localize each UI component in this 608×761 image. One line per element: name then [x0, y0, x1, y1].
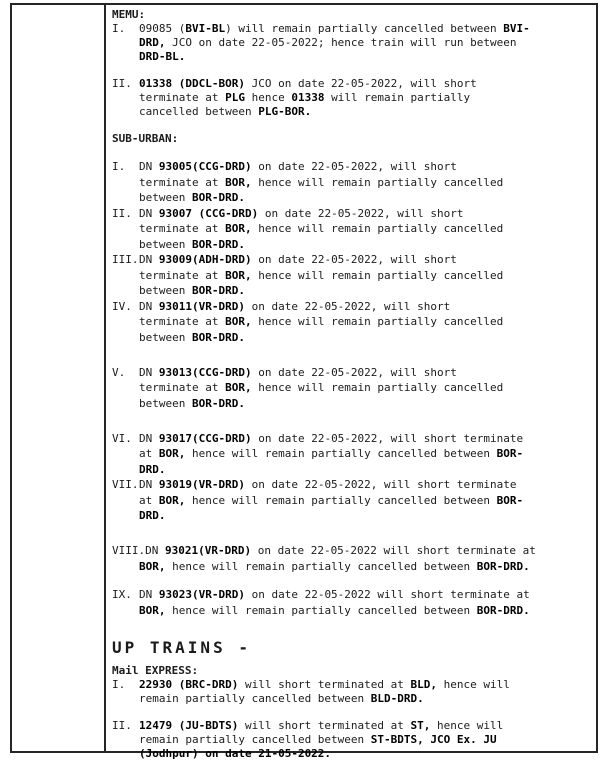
text-segment: hence will remain partially cancelled be…	[185, 447, 496, 460]
text-segment: DN	[139, 478, 159, 491]
item-line: terminate at BOR, hence will remain part…	[139, 221, 592, 237]
text-segment: between	[139, 238, 192, 251]
item-line: IX.DN 93023(VR-DRD) on date 22-05-2022 w…	[139, 587, 592, 603]
item-line: II.01338 (DDCL-BOR) JCO on date 22-05-20…	[139, 77, 592, 91]
text-segment: 93019(VR-DRD)	[159, 478, 245, 491]
text-segment: DN	[139, 300, 159, 313]
text-segment: 93013(CCG-DRD)	[159, 366, 252, 379]
text-segment: DN	[139, 160, 159, 173]
text-segment: 12479 (JU-BDTS)	[139, 719, 238, 732]
text-segment: BOR-DRD.	[192, 238, 245, 251]
section-memu: MEMU:I.09085 (BVI-BL) will remain partia…	[112, 8, 592, 119]
item-line: II.DN 93007 (CCG-DRD) on date 22-05-2022…	[139, 206, 592, 222]
text-segment: hence will remain partially cancelled	[252, 315, 504, 328]
text-segment: DN	[139, 207, 159, 220]
list-item: IV.DN 93011(VR-DRD) on date 22-05-2022, …	[112, 299, 592, 346]
text-segment: on date 22-05-2022 will short terminate …	[251, 544, 536, 557]
item-numeral: IX.	[112, 587, 139, 603]
item-line: DRD.	[139, 508, 592, 524]
text-segment: DN	[139, 432, 159, 445]
text-segment: BOR,	[159, 447, 186, 460]
text-segment: 93007 (CCG-DRD)	[159, 207, 258, 220]
text-segment: on date 22-05-2022, will short	[252, 160, 457, 173]
item-numeral: I.	[112, 22, 139, 36]
item-line: remain partially cancelled between ST-BD…	[139, 733, 592, 747]
list-item: VIII.DN 93021(VR-DRD) on date 22-05-2022…	[112, 543, 592, 574]
text-segment: hence will remain partially cancelled be…	[166, 604, 477, 617]
section-heading: Mail EXPRESS:	[112, 664, 592, 678]
text-segment: ) will remain partially cancelled betwee…	[225, 22, 503, 35]
list-item: III.DN 93009(ADH-DRD) on date 22-05-2022…	[112, 252, 592, 299]
text-segment: hence will	[437, 678, 510, 691]
text-segment: (Jodhpur) on date 21-05-2022.	[139, 747, 331, 760]
text-segment: BOR,	[225, 269, 252, 282]
text-segment: terminate at	[139, 222, 225, 235]
text-segment: JCO on date 22-05-2022; hence train will…	[166, 36, 517, 49]
text-segment: BOR-DRD.	[477, 560, 530, 573]
text-segment: BLD-DRD.	[371, 692, 424, 705]
text-segment: will short terminated at	[238, 719, 410, 732]
item-line: between BOR-DRD.	[139, 396, 592, 412]
text-segment: hence will	[430, 719, 503, 732]
text-segment: DN	[139, 253, 159, 266]
text-segment: BOR,	[225, 315, 252, 328]
item-line: VIII.DN 93021(VR-DRD) on date 22-05-2022…	[139, 543, 592, 559]
item-numeral: VI.	[112, 431, 139, 447]
item-line: VI.DN 93017(CCG-DRD) on date 22-05-2022,…	[139, 431, 592, 447]
text-segment: on date 22-05-2022, will short	[252, 366, 457, 379]
item-line: V.DN 93013(CCG-DRD) on date 22-05-2022, …	[139, 365, 592, 381]
text-segment: DN	[145, 544, 165, 557]
text-segment: between	[139, 191, 192, 204]
item-line: between BOR-DRD.	[139, 330, 592, 346]
text-segment: terminate at	[139, 91, 225, 104]
text-segment: on date 22-05-2022, will short	[252, 253, 457, 266]
text-segment: BOR,	[139, 604, 166, 617]
text-segment: terminate at	[139, 269, 225, 282]
text-segment: 93009(ADH-DRD)	[159, 253, 252, 266]
text-segment: BVI-BL	[185, 22, 225, 35]
item-line: between BOR-DRD.	[139, 190, 592, 206]
list-item: VI.DN 93017(CCG-DRD) on date 22-05-2022,…	[112, 431, 592, 478]
text-segment: BOR-DRD.	[192, 284, 245, 297]
text-segment: BOR-DRD.	[192, 331, 245, 344]
text-segment: DN	[139, 366, 159, 379]
list-item: II.12479 (JU-BDTS) will short terminated…	[112, 719, 592, 761]
text-segment: between	[139, 397, 192, 410]
text-segment: on date 22-05-2022, will short terminate	[245, 478, 517, 491]
text-segment: remain partially cancelled between	[139, 733, 371, 746]
item-numeral: IV.	[112, 299, 139, 315]
text-segment: hence will remain partially cancelled	[252, 222, 504, 235]
notice-table: MEMU:I.09085 (BVI-BL) will remain partia…	[10, 3, 598, 753]
item-line: between BOR-DRD.	[139, 237, 592, 253]
text-segment: BOR-	[497, 447, 524, 460]
text-segment: will remain partially	[324, 91, 470, 104]
text-segment: 09085 (	[139, 22, 185, 35]
text-segment: BOR-DRD.	[477, 604, 530, 617]
text-segment: at	[139, 494, 159, 507]
list-item: II.01338 (DDCL-BOR) JCO on date 22-05-20…	[112, 77, 592, 119]
section-sub-urban: SUB-URBAN:I.DN 93005(CCG-DRD) on date 22…	[112, 132, 592, 618]
text-segment: ST,	[411, 719, 431, 732]
text-segment: DN	[139, 588, 159, 601]
item-numeral: II.	[112, 206, 139, 222]
text-segment: on date 22-05-2022, will short	[245, 300, 450, 313]
text-segment: 01338	[291, 91, 324, 104]
section-heading: SUB-URBAN:	[112, 132, 592, 146]
text-segment: at	[139, 447, 159, 460]
notice-text-cell: MEMU:I.09085 (BVI-BL) will remain partia…	[106, 5, 596, 751]
item-numeral: III.	[112, 252, 139, 268]
text-segment: BOR,	[159, 494, 186, 507]
item-numeral: VII.	[112, 477, 139, 493]
text-segment: 93023(VR-DRD)	[159, 588, 245, 601]
list-item: I.DN 93005(CCG-DRD) on date 22-05-2022, …	[112, 159, 592, 206]
text-segment: PLG-BOR.	[258, 105, 311, 118]
item-line: terminate at BOR, hence will remain part…	[139, 268, 592, 284]
item-line: II.12479 (JU-BDTS) will short terminated…	[139, 719, 592, 733]
text-segment: on date 22-05-2022 will short terminate …	[245, 588, 530, 601]
item-numeral: V.	[112, 365, 139, 381]
text-segment: terminate at	[139, 381, 225, 394]
item-line: terminate at BOR, hence will remain part…	[139, 380, 592, 396]
section-heading: MEMU:	[112, 8, 592, 22]
text-segment: JCO on date 22-05-2022, will short	[245, 77, 477, 90]
text-segment: will short terminated at	[238, 678, 410, 691]
text-segment: BOR,	[225, 176, 252, 189]
item-numeral: I.	[112, 678, 139, 692]
item-numeral: II.	[112, 719, 139, 733]
item-line: DRD.	[139, 462, 592, 478]
item-line: terminate at BOR, hence will remain part…	[139, 314, 592, 330]
item-line: cancelled between PLG-BOR.	[139, 105, 592, 119]
text-segment: 93011(VR-DRD)	[159, 300, 245, 313]
item-line: remain partially cancelled between BLD-D…	[139, 692, 592, 706]
list-item: I.09085 (BVI-BL) will remain partially c…	[112, 22, 592, 64]
item-line: I.09085 (BVI-BL) will remain partially c…	[139, 22, 592, 36]
text-segment: 93017(CCG-DRD)	[159, 432, 252, 445]
item-numeral: II.	[112, 77, 139, 91]
section-heading: UP TRAINS -	[112, 638, 592, 658]
item-line: DRD, JCO on date 22-05-2022; hence train…	[139, 36, 592, 50]
text-segment: BLD,	[411, 678, 438, 691]
text-segment: BOR,	[225, 381, 252, 394]
text-segment: 22930 (BRC-DRD)	[139, 678, 238, 691]
text-segment: DRD,	[139, 36, 166, 49]
text-segment: hence will remain partially cancelled	[252, 269, 504, 282]
item-line: (Jodhpur) on date 21-05-2022.	[139, 747, 592, 761]
list-item: II.DN 93007 (CCG-DRD) on date 22-05-2022…	[112, 206, 592, 253]
item-line: at BOR, hence will remain partially canc…	[139, 446, 592, 462]
item-line: IV.DN 93011(VR-DRD) on date 22-05-2022, …	[139, 299, 592, 315]
text-segment: on date 22-05-2022, will short	[258, 207, 463, 220]
text-segment: cancelled between	[139, 105, 258, 118]
text-segment: hence will remain partially cancelled	[252, 176, 504, 189]
text-segment: DRD.	[139, 509, 166, 522]
text-segment: terminate at	[139, 315, 225, 328]
text-segment: 93005(CCG-DRD)	[159, 160, 252, 173]
text-segment: BOR,	[139, 560, 166, 573]
item-line: at BOR, hence will remain partially canc…	[139, 493, 592, 509]
section-up-trains: UP TRAINS -	[112, 638, 592, 658]
list-item: IX.DN 93023(VR-DRD) on date 22-05-2022 w…	[112, 587, 592, 618]
section-mail-express: Mail EXPRESS:I.22930 (BRC-DRD) will shor…	[112, 664, 592, 761]
text-segment: hence	[245, 91, 291, 104]
list-item: I.22930 (BRC-DRD) will short terminated …	[112, 678, 592, 706]
text-segment: remain partially cancelled between	[139, 692, 371, 705]
left-column-cell	[12, 5, 106, 751]
text-segment: between	[139, 284, 192, 297]
text-segment: 01338 (DDCL-BOR)	[139, 77, 245, 90]
text-segment: on date 22-05-2022, will short terminate	[252, 432, 524, 445]
item-line: I.DN 93005(CCG-DRD) on date 22-05-2022, …	[139, 159, 592, 175]
text-segment: DRD-BL.	[139, 50, 185, 63]
text-segment: hence will remain partially cancelled	[252, 381, 504, 394]
item-numeral: VIII.	[112, 543, 145, 559]
item-line: VII.DN 93019(VR-DRD) on date 22-05-2022,…	[139, 477, 592, 493]
text-segment: BOR,	[225, 222, 252, 235]
text-segment: PLG	[225, 91, 245, 104]
item-line: BOR, hence will remain partially cancell…	[139, 559, 592, 575]
item-line: between BOR-DRD.	[139, 283, 592, 299]
text-segment: terminate at	[139, 176, 225, 189]
text-segment: BOR-	[497, 494, 524, 507]
text-segment: between	[139, 331, 192, 344]
text-segment: hence will remain partially cancelled be…	[185, 494, 496, 507]
text-segment: BOR-DRD.	[192, 191, 245, 204]
text-segment: DRD.	[139, 463, 166, 476]
item-line: BOR, hence will remain partially cancell…	[139, 603, 592, 619]
text-segment: hence will remain partially cancelled be…	[166, 560, 477, 573]
item-line: DRD-BL.	[139, 50, 592, 64]
list-item: VII.DN 93019(VR-DRD) on date 22-05-2022,…	[112, 477, 592, 524]
list-item: V.DN 93013(CCG-DRD) on date 22-05-2022, …	[112, 365, 592, 412]
item-numeral: I.	[112, 159, 139, 175]
text-segment: 93021(VR-DRD)	[165, 544, 251, 557]
item-line: III.DN 93009(ADH-DRD) on date 22-05-2022…	[139, 252, 592, 268]
item-line: I.22930 (BRC-DRD) will short terminated …	[139, 678, 592, 692]
item-line: terminate at PLG hence 01338 will remain…	[139, 91, 592, 105]
text-segment: BVI-	[503, 22, 530, 35]
item-line: terminate at BOR, hence will remain part…	[139, 175, 592, 191]
text-segment: BOR-DRD.	[192, 397, 245, 410]
text-segment: ST-BDTS, JCO Ex. JU	[371, 733, 497, 746]
